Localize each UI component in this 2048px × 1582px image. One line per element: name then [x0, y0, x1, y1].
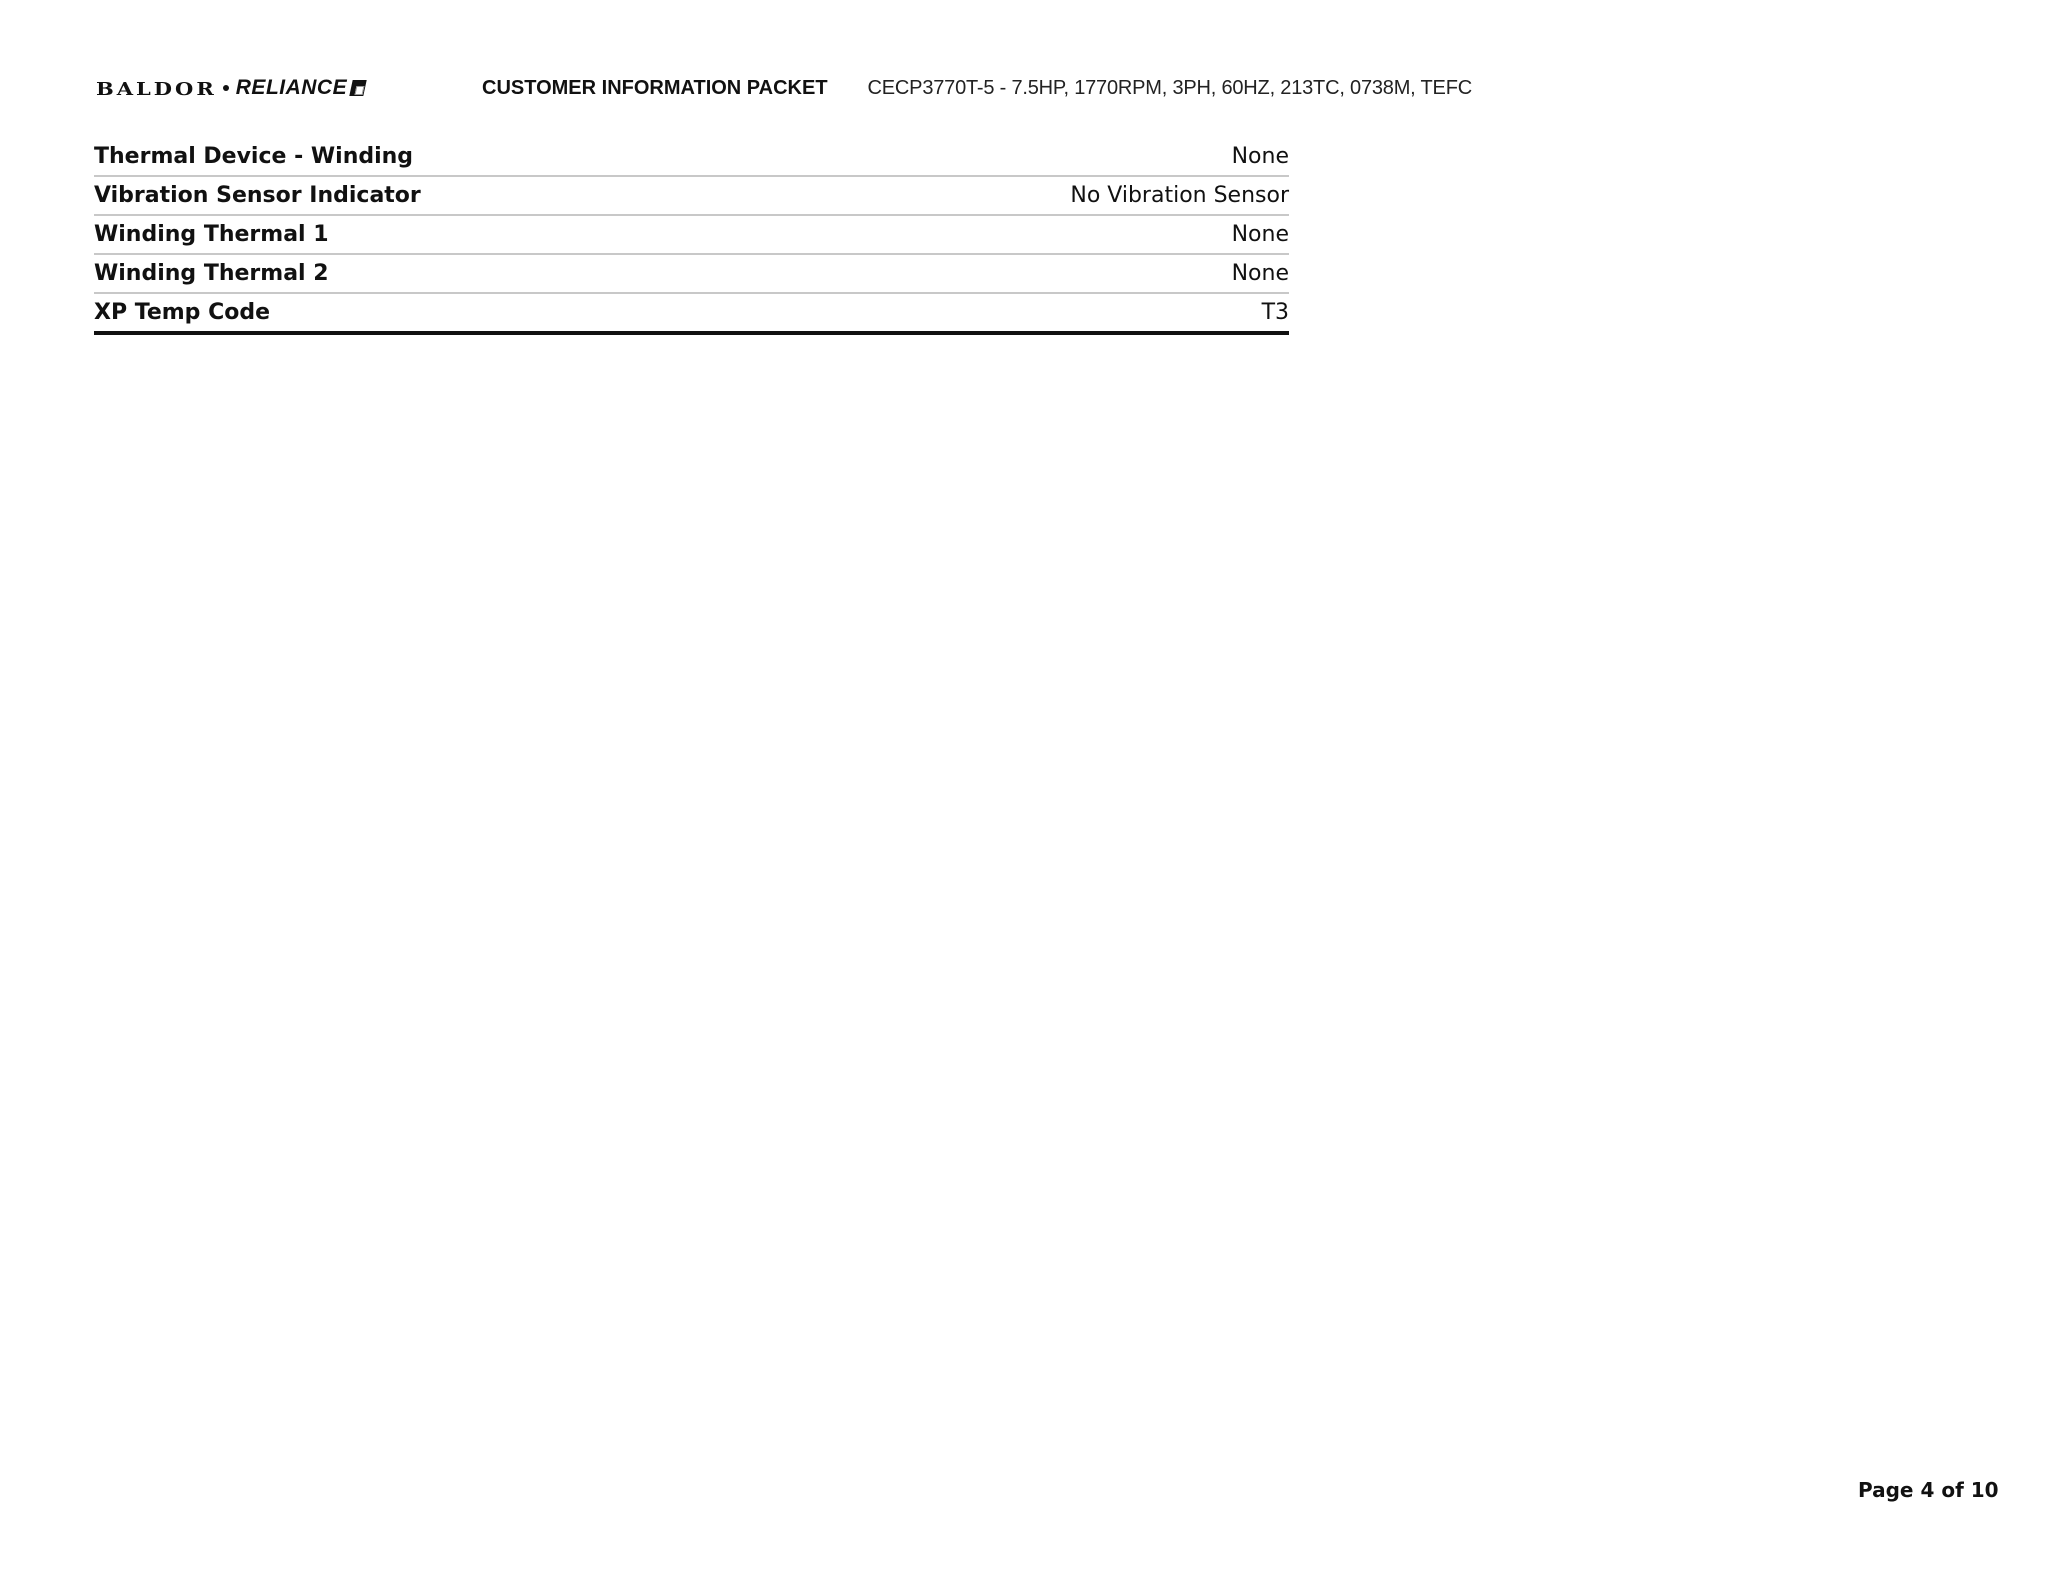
spec-value: None [1232, 222, 1289, 247]
document-title: CUSTOMER INFORMATION PACKET [482, 77, 828, 100]
spec-label: Winding Thermal 2 [94, 261, 329, 286]
spec-value: None [1232, 261, 1289, 286]
spec-label: XP Temp Code [94, 300, 270, 325]
table-row: Winding Thermal 1 None [94, 216, 1289, 255]
table-row: Winding Thermal 2 None [94, 255, 1289, 294]
page-number: Page 4 of 10 [1858, 1478, 1999, 1502]
logo-text-reliance: RELIANCE [236, 76, 347, 100]
spec-label: Thermal Device - Winding [94, 144, 413, 169]
logo-text-baldor: BALDOR [96, 77, 217, 98]
abb-square-mark-icon [349, 80, 366, 96]
logo-dot-icon [223, 85, 229, 91]
page-header: BALDOR RELIANCE CUSTOMER INFORMATION PAC… [96, 70, 1472, 106]
spec-label: Winding Thermal 1 [94, 222, 329, 247]
table-row: Thermal Device - Winding None [94, 138, 1289, 177]
product-description: CECP3770T-5 - 7.5HP, 1770RPM, 3PH, 60HZ,… [868, 77, 1472, 100]
table-row: Vibration Sensor Indicator No Vibration … [94, 177, 1289, 216]
baldor-reliance-logo: BALDOR RELIANCE [96, 76, 440, 101]
spec-value: No Vibration Sensor [1070, 183, 1289, 208]
spec-value: T3 [1262, 300, 1289, 325]
spec-label: Vibration Sensor Indicator [94, 183, 421, 208]
spec-table: Thermal Device - Winding None Vibration … [94, 138, 1289, 335]
spec-value: None [1232, 144, 1289, 169]
table-row: XP Temp Code T3 [94, 294, 1289, 335]
